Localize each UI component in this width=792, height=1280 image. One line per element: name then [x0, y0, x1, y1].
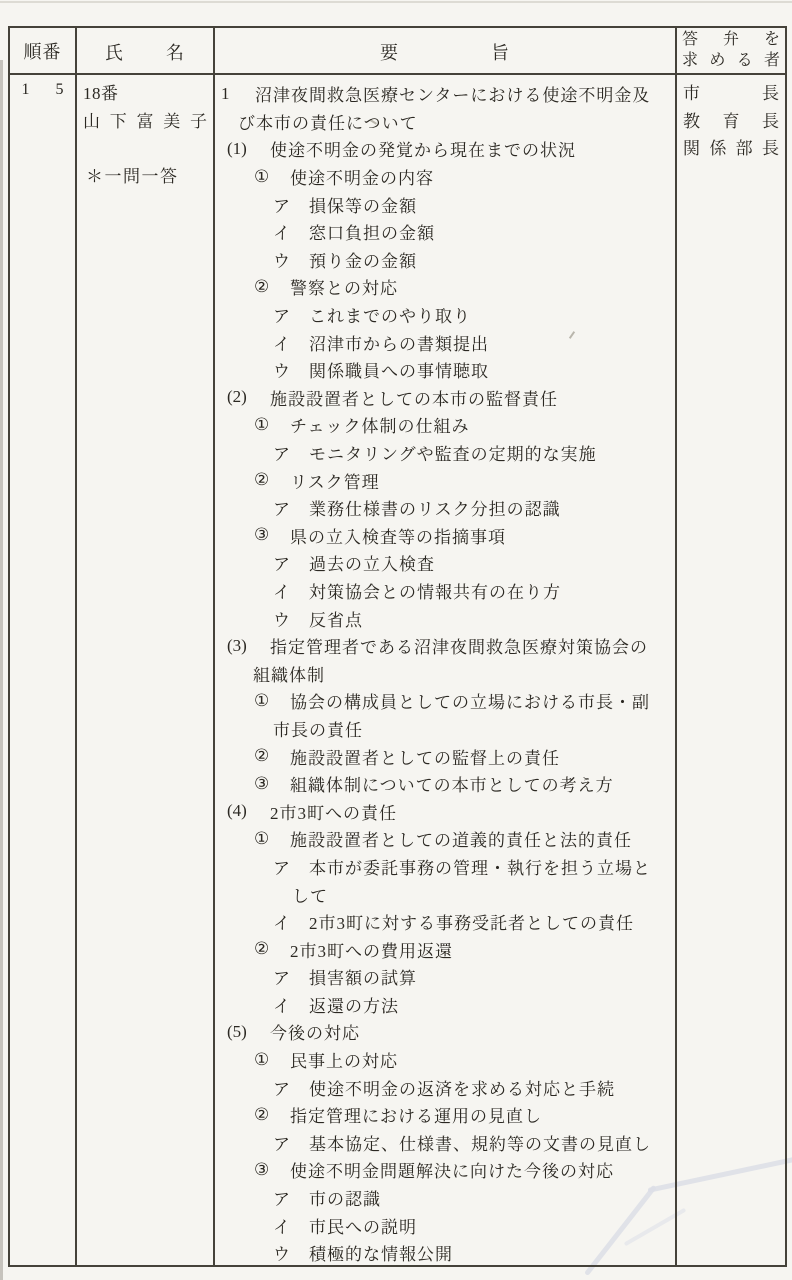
- summary-item-text: 市長の責任: [273, 716, 363, 741]
- summary-line: (1)使途不明金の発覚から現在までの状況: [215, 135, 675, 163]
- summary-line: アモニタリングや監査の定期的な実施: [215, 439, 675, 467]
- summary-item-text: 施設設置者としての監督上の責任: [290, 744, 560, 769]
- summary-item-label: ②: [254, 746, 290, 766]
- summary-item-label: 1: [221, 84, 255, 104]
- summary-item-label: ア: [273, 854, 309, 879]
- summary-item-label: ア: [273, 440, 309, 465]
- name-header-label: 氏名: [105, 39, 185, 65]
- summary-line: イ沼津市からの書類提出: [215, 328, 675, 356]
- member-name: 山下富美子: [83, 108, 207, 136]
- summary-item-text: 組織体制: [253, 661, 325, 686]
- col-header-name: 氏名: [77, 28, 215, 75]
- summary-header-label: 要旨: [380, 39, 510, 65]
- summary-line: ①チェック体制の仕組み: [215, 411, 675, 439]
- summary-item-text: 指定管理者である沼津夜間救急医療対策協会の: [270, 633, 648, 658]
- summary-item-label: イ: [273, 909, 309, 934]
- summary-item-label: イ: [273, 1213, 309, 1238]
- answerer-item: 教育長: [683, 108, 779, 136]
- summary-item-text: 対策協会との情報共有の在り方: [309, 578, 561, 603]
- answerer-cell: 市長 教育長 関係部長: [677, 75, 785, 1265]
- summary-item-text: び本市の責任について: [238, 109, 418, 134]
- summary-item-text: 市民への説明: [309, 1213, 417, 1238]
- summary-item-label: ①: [254, 1050, 290, 1070]
- summary-list: 1沼津夜間救急医療センターにおける使途不明金及 び本市の責任について (1)使途…: [215, 80, 675, 1265]
- summary-item-label: (5): [227, 1022, 270, 1042]
- summary-item-label: ア: [273, 1185, 309, 1210]
- summary-line: イ窓口負担の金額: [215, 218, 675, 246]
- summary-line: ③使途不明金問題解決に向けた今後の対応: [215, 1156, 675, 1184]
- summary-item-text: 沼津夜間救急医療センターにおける使途不明金及: [255, 81, 650, 106]
- summary-item-text: 民事上の対応: [290, 1047, 398, 1072]
- summary-line: ②施設設置者としての監督上の責任: [215, 742, 675, 770]
- summary-item-label: ウ: [273, 357, 309, 382]
- summary-line: ③県の立入検査等の指摘事項: [215, 522, 675, 550]
- summary-item-label: イ: [273, 219, 309, 244]
- summary-line: イ市民への説明: [215, 1211, 675, 1239]
- summary-item-text: 今後の対応: [270, 1019, 360, 1044]
- summary-item-label: イ: [273, 330, 309, 355]
- summary-item-text: 関係職員への事情聴取: [309, 357, 489, 382]
- summary-item-text: 本市が委託事務の管理・執行を担う立場と: [309, 854, 651, 879]
- summary-line: して: [215, 880, 675, 908]
- scanned-document-page: 順番 氏名 要旨 答弁を 求める者 15 18番 山下富美子 ＊一問一答 1沼津…: [0, 0, 792, 1280]
- summary-item-label: ②: [254, 939, 290, 959]
- answerer-header-line1: 答弁を: [682, 30, 780, 50]
- summary-line: アこれまでのやり取り: [215, 301, 675, 329]
- summary-item-text: これまでのやり取り: [309, 302, 471, 327]
- summary-item-label: ア: [273, 964, 309, 989]
- summary-item-text: 損害額の試算: [309, 964, 417, 989]
- summary-item-label: (1): [227, 139, 270, 159]
- order-cell: 15: [10, 75, 77, 1265]
- summary-item-text: 預り金の金額: [309, 247, 417, 272]
- summary-item-label: ア: [273, 495, 309, 520]
- col-header-answerer: 答弁を 求める者: [677, 28, 785, 75]
- answerer-item: 市長: [683, 80, 779, 108]
- summary-item-text: 警察との対応: [290, 274, 398, 299]
- summary-item-label: ①: [254, 167, 290, 187]
- summary-item-text: 損保等の金額: [309, 192, 417, 217]
- summary-item-label: ア: [273, 550, 309, 575]
- summary-line: (4)2市3町への責任: [215, 797, 675, 825]
- summary-item-text: チェック体制の仕組み: [290, 412, 470, 437]
- summary-line: ①使途不明金の内容: [215, 163, 675, 191]
- summary-line: ア損保等の金額: [215, 190, 675, 218]
- summary-line: ウ反省点: [215, 604, 675, 632]
- answerer-item: 関係部長: [683, 135, 779, 163]
- summary-item-text: 基本協定、仕様書、規約等の文書の見直し: [309, 1130, 651, 1155]
- summary-item-label: (4): [227, 801, 270, 821]
- order-header-label: 順番: [24, 38, 62, 64]
- summary-line: イ対策協会との情報共有の在り方: [215, 577, 675, 605]
- summary-item-text: して: [292, 882, 328, 907]
- col-header-summary: 要旨: [215, 28, 677, 75]
- summary-line: ウ預り金の金額: [215, 246, 675, 274]
- summary-line: ①民事上の対応: [215, 1046, 675, 1074]
- name-cell-spacer: [77, 135, 213, 163]
- summary-line: び本市の責任について: [215, 108, 675, 136]
- summary-item-text: 使途不明金の発覚から現在までの状況: [270, 136, 576, 161]
- summary-item-text: 市の認識: [309, 1185, 381, 1210]
- summary-item-label: ③: [254, 774, 290, 794]
- summary-line: イ2市3町に対する事務受託者としての責任: [215, 908, 675, 936]
- summary-item-text: リスク管理: [290, 468, 380, 493]
- summary-item-label: ア: [273, 1130, 309, 1155]
- summary-item-label: ③: [254, 1160, 290, 1180]
- order-number: 15: [22, 81, 64, 99]
- summary-item-text: 使途不明金問題解決に向けた今後の対応: [290, 1157, 614, 1182]
- summary-line: ③組織体制についての本市としての考え方: [215, 770, 675, 798]
- summary-item-text: 積極的な情報公開: [309, 1240, 453, 1265]
- question-summary-table: 順番 氏名 要旨 答弁を 求める者 15 18番 山下富美子 ＊一問一答 1沼津…: [8, 26, 787, 1267]
- summary-line: 組織体制: [215, 659, 675, 687]
- summary-item-label: (2): [227, 387, 270, 407]
- scan-edge-top: [0, 1, 792, 3]
- summary-item-label: (3): [227, 636, 270, 656]
- summary-item-text: 返還の方法: [309, 992, 399, 1017]
- summary-line: ウ関係職員への事情聴取: [215, 356, 675, 384]
- summary-item-text: 反省点: [309, 606, 363, 631]
- summary-line: (5)今後の対応: [215, 1018, 675, 1046]
- summary-item-label: ①: [254, 415, 290, 435]
- summary-item-text: 使途不明金の内容: [290, 164, 434, 189]
- summary-item-label: ア: [273, 192, 309, 217]
- summary-item-label: ②: [254, 277, 290, 297]
- summary-line: ②警察との対応: [215, 273, 675, 301]
- col-header-order: 順番: [10, 28, 77, 75]
- summary-item-label: ①: [254, 691, 290, 711]
- summary-item-label: ウ: [273, 606, 309, 631]
- summary-line: イ返還の方法: [215, 991, 675, 1019]
- summary-line: ①施設設置者としての道義的責任と法的責任: [215, 825, 675, 853]
- summary-line: ウ積極的な情報公開: [215, 1239, 675, 1265]
- summary-item-label: ①: [254, 829, 290, 849]
- summary-item-text: 使途不明金の返済を求める対応と手続: [309, 1075, 615, 1100]
- summary-item-label: イ: [273, 992, 309, 1017]
- summary-item-label: ③: [254, 525, 290, 545]
- answerer-header-line2: 求める者: [682, 51, 780, 71]
- summary-item-text: モニタリングや監査の定期的な実施: [309, 440, 597, 465]
- summary-line: ①協会の構成員としての立場における市長・副: [215, 687, 675, 715]
- summary-item-label: ア: [273, 1075, 309, 1100]
- summary-cell: 1沼津夜間救急医療センターにおける使途不明金及 び本市の責任について (1)使途…: [215, 75, 677, 1265]
- summary-item-label: イ: [273, 578, 309, 603]
- summary-item-text: 沼津市からの書類提出: [309, 330, 489, 355]
- name-cell: 18番 山下富美子 ＊一問一答: [77, 75, 215, 1265]
- summary-item-label: ②: [254, 1105, 290, 1125]
- summary-item-text: 窓口負担の金額: [309, 219, 435, 244]
- summary-item-text: 2市3町への責任: [270, 799, 397, 824]
- summary-line: ア市の認識: [215, 1184, 675, 1212]
- summary-item-text: 過去の立入検査: [309, 550, 435, 575]
- summary-item-text: 業務仕様書のリスク分担の認識: [309, 495, 561, 520]
- summary-line: ア基本協定、仕様書、規約等の文書の見直し: [215, 1129, 675, 1157]
- summary-line: 市長の責任: [215, 715, 675, 743]
- summary-item-text: 組織体制についての本市としての考え方: [290, 771, 614, 796]
- summary-item-text: 協会の構成員としての立場における市長・副: [290, 688, 650, 713]
- scan-edge-left: [0, 60, 3, 1280]
- summary-line: ア使途不明金の返済を求める対応と手続: [215, 1073, 675, 1101]
- summary-line: ア損害額の試算: [215, 963, 675, 991]
- summary-item-label: ア: [273, 302, 309, 327]
- summary-item-text: 県の立入検査等の指摘事項: [290, 523, 506, 548]
- summary-item-label: ②: [254, 470, 290, 490]
- summary-line: ア業務仕様書のリスク分担の認識: [215, 494, 675, 522]
- summary-item-text: 施設設置者としての道義的責任と法的責任: [290, 826, 632, 851]
- summary-line: ア本市が委託事務の管理・執行を担う立場と: [215, 853, 675, 881]
- question-style-note: ＊一問一答: [77, 163, 213, 191]
- summary-item-label: ウ: [273, 247, 309, 272]
- summary-line: 1沼津夜間救急医療センターにおける使途不明金及: [215, 80, 675, 108]
- summary-line: ②指定管理における運用の見直し: [215, 1101, 675, 1129]
- summary-item-text: 指定管理における運用の見直し: [290, 1102, 542, 1127]
- summary-item-text: 2市3町に対する事務受託者としての責任: [309, 909, 634, 934]
- summary-line: (2)施設設置者としての本市の監督責任: [215, 384, 675, 412]
- summary-line: ②リスク管理: [215, 466, 675, 494]
- summary-item-text: 施設設置者としての本市の監督責任: [270, 385, 558, 410]
- summary-item-text: 2市3町への費用返還: [290, 937, 453, 962]
- summary-line: ②2市3町への費用返還: [215, 935, 675, 963]
- summary-line: (3)指定管理者である沼津夜間救急医療対策協会の: [215, 632, 675, 660]
- summary-item-label: ウ: [273, 1240, 309, 1265]
- summary-line: ア過去の立入検査: [215, 549, 675, 577]
- member-seat-number: 18番: [77, 80, 213, 108]
